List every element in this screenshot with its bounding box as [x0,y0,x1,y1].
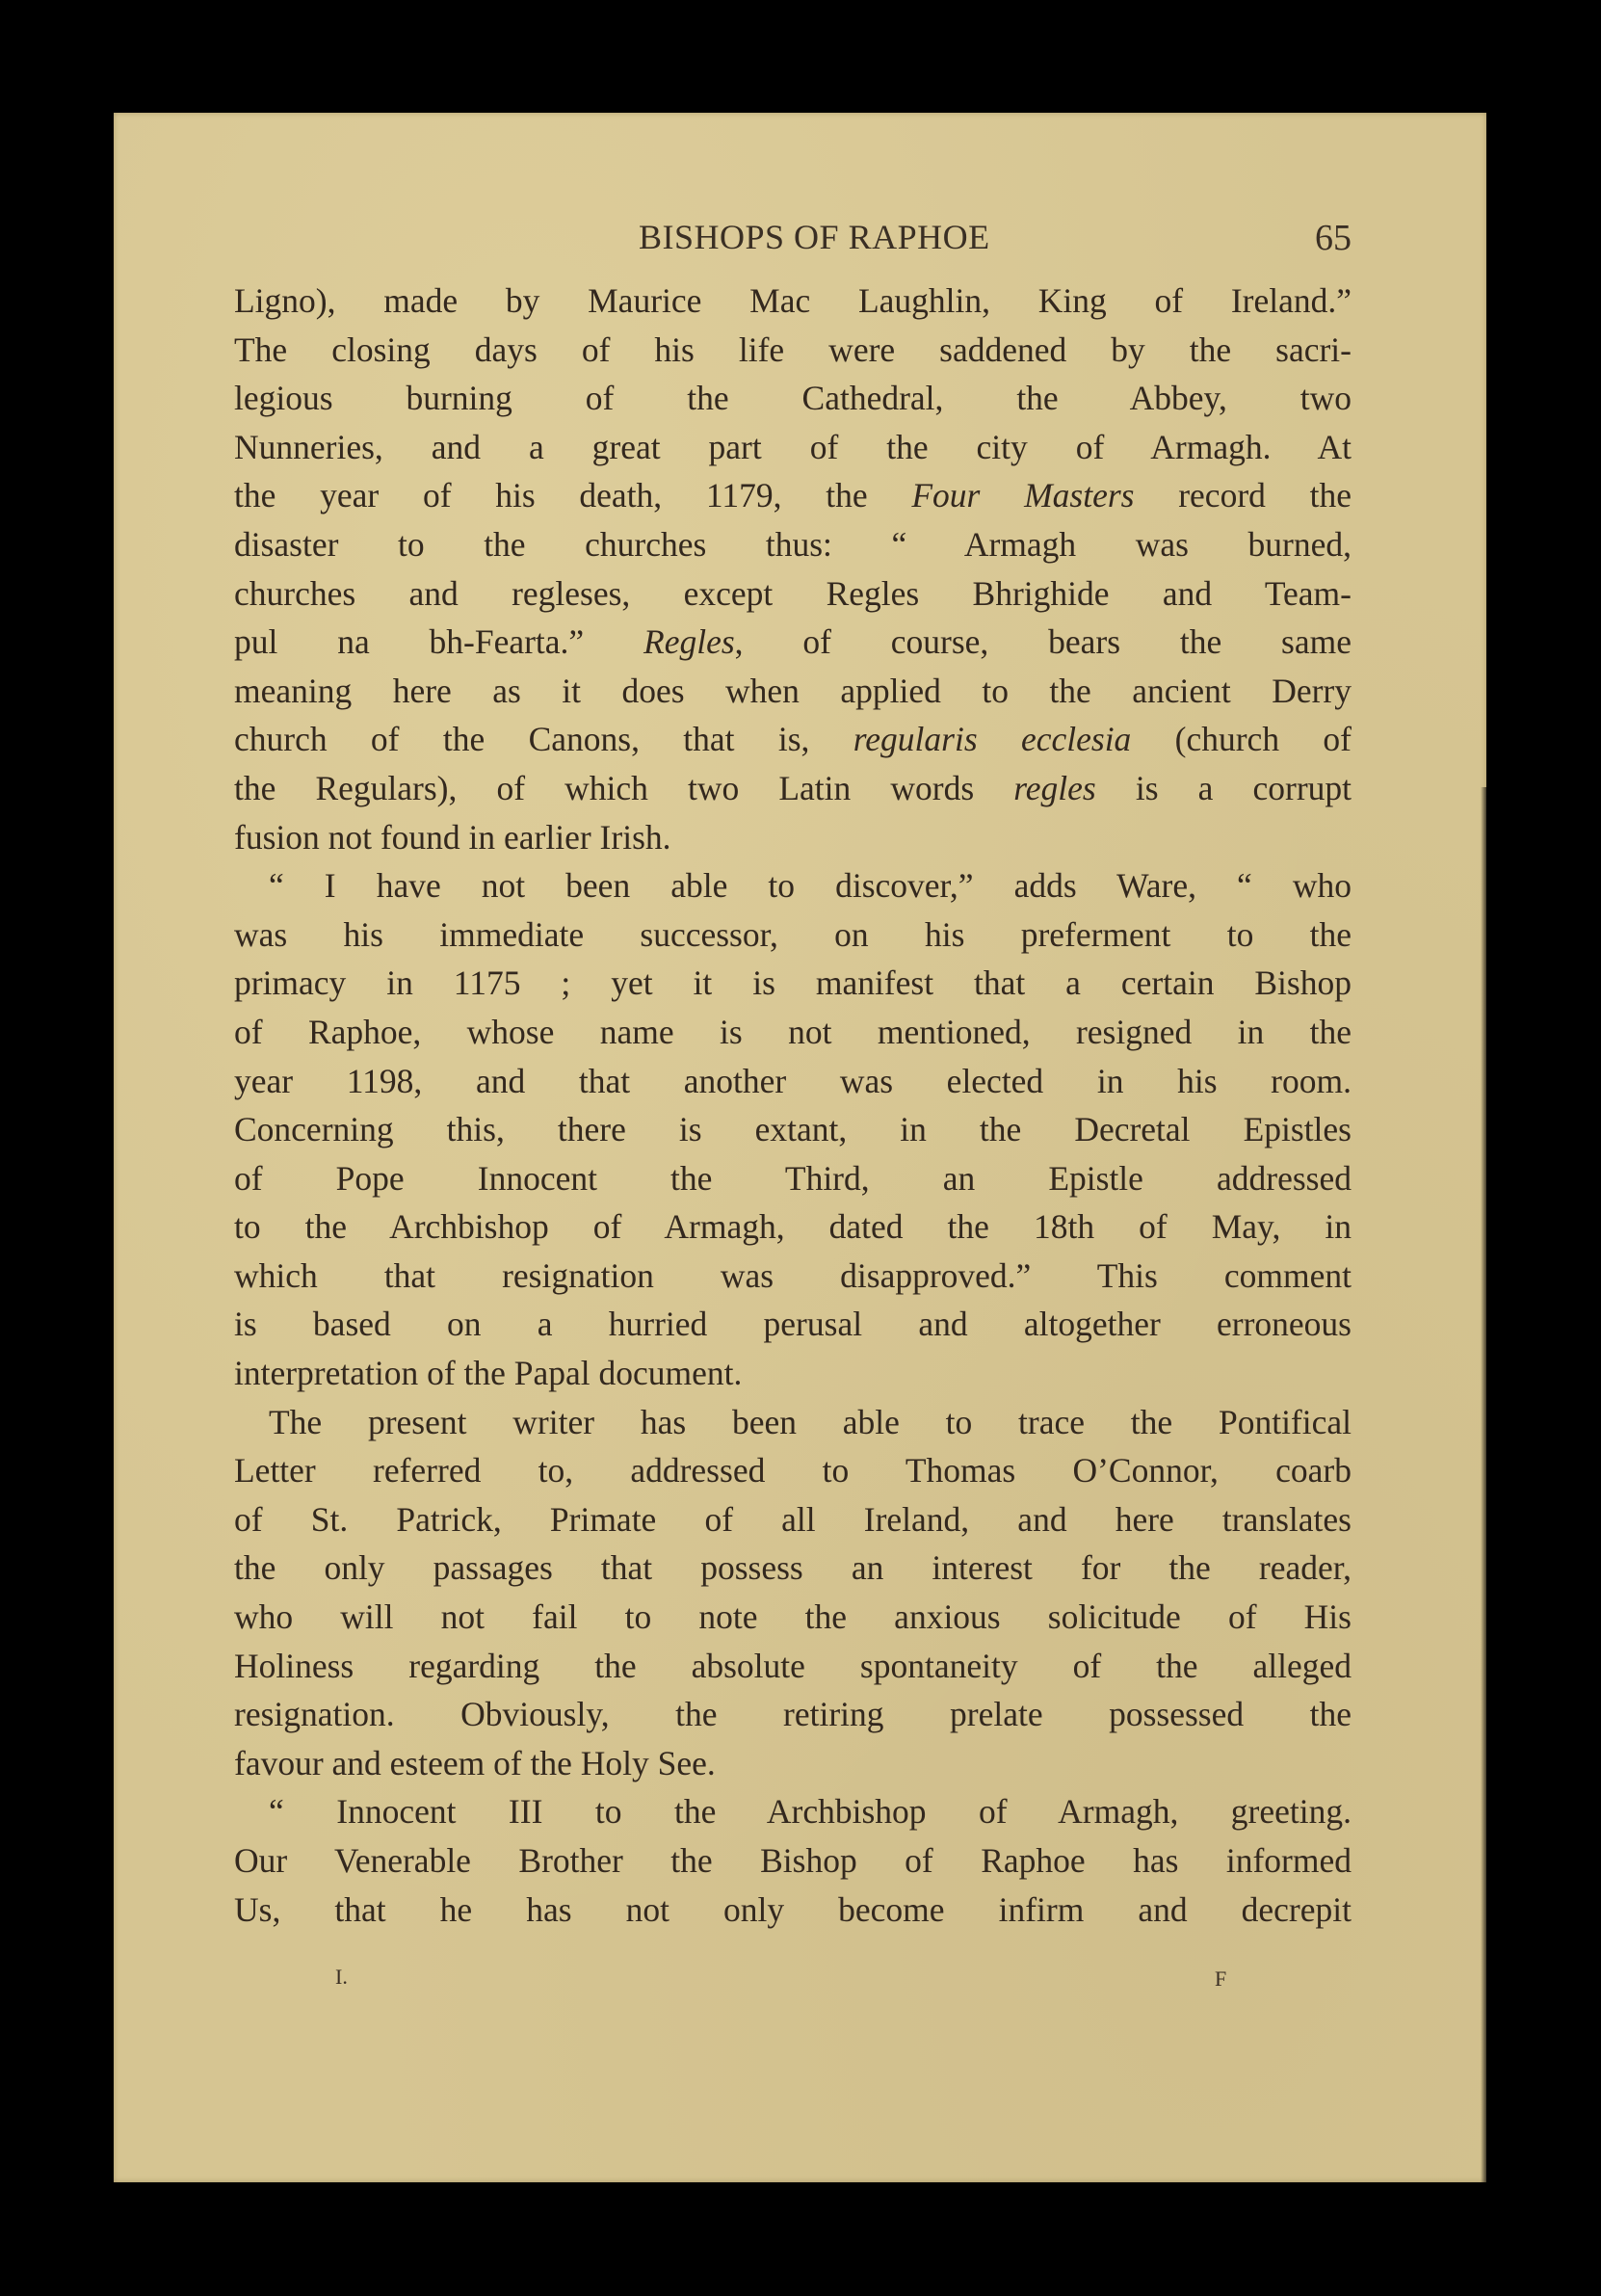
body-text: Ligno), made by Maurice Mac Laughlin, Ki… [234,277,1352,1934]
text-line: church of the Canons, that is, regularis… [234,715,1352,764]
text-line: “ Innocent III to the Archbishop of Arma… [234,1787,1352,1836]
text-line: legious burning of the Cathedral, the Ab… [234,374,1352,423]
italic-title: Four Masters [911,476,1134,515]
text-run: pul na bh-Fearta.” [234,622,643,661]
page-number: 65 [1315,217,1352,259]
text-line: year 1198, and that another was elected … [234,1057,1352,1106]
text-line: Holiness regarding the absolute spontane… [234,1642,1352,1691]
text-line: of Raphoe, whose name is not mentioned, … [234,1008,1352,1057]
italic-term: Regles [643,622,735,661]
text-line: Concerning this, there is extant, in the… [234,1105,1352,1154]
text-line: fusion not found in earlier Irish. [234,813,1352,862]
text-line: disaster to the churches thus: “ Armagh … [234,520,1352,569]
text-line: favour and esteem of the Holy See. [234,1739,1352,1788]
text-line: of St. Patrick, Primate of all Ireland, … [234,1495,1352,1544]
text-line: Nunneries, and a great part of the city … [234,423,1352,472]
text-line: Our Venerable Brother the Bishop of Raph… [234,1836,1352,1886]
text-line: is based on a hurried perusal and altoge… [234,1300,1352,1349]
text-run: (church of [1131,720,1352,758]
text-run: is a corrupt [1096,769,1352,807]
signature-right: F [1215,1966,1226,1992]
text-line: The closing days of his life were sadden… [234,326,1352,375]
signature-left: I. [335,1965,348,1990]
text-run: , of course, bears the same [735,622,1352,661]
text-line: the Regulars), of which two Latin words … [234,764,1352,813]
text-line: primacy in 1175 ; yet it is manifest tha… [234,959,1352,1008]
book-page: BISHOPS OF RAPHOE 65 Ligno), made by Mau… [114,113,1486,2182]
running-title: BISHOPS OF RAPHOE [639,217,990,257]
text-run: the year of his death, 1179, the [234,476,911,515]
text-line: pul na bh-Fearta.” Regles, of course, be… [234,618,1352,667]
text-line: was his immediate successor, on his pref… [234,910,1352,960]
text-line: of Pope Innocent the Third, an Epistle a… [234,1154,1352,1203]
text-line: churches and regleses, except Regles Bhr… [234,569,1352,619]
text-line: to the Archbishop of Armagh, dated the 1… [234,1202,1352,1252]
text-line: Letter referred to, addressed to Thomas … [234,1446,1352,1495]
text-run: church of the Canons, that is, [234,720,853,758]
text-line: “ I have not been able to discover,” add… [234,861,1352,910]
text-line: meaning here as it does when applied to … [234,667,1352,716]
page-header: BISHOPS OF RAPHOE 65 [234,217,1352,265]
text-line: interpretation of the Papal document. [234,1349,1352,1398]
text-run: the Regulars), of which two Latin words [234,769,1013,807]
text-line: the only passages that possess an intere… [234,1544,1352,1593]
text-line: Us, that he has not only become infirm a… [234,1886,1352,1935]
text-line: the year of his death, 1179, the Four Ma… [234,471,1352,520]
text-line: Ligno), made by Maurice Mac Laughlin, Ki… [234,277,1352,326]
italic-term: regles [1013,769,1095,807]
text-line: The present writer has been able to trac… [234,1398,1352,1447]
signature-marks: I. F [234,1965,1352,2003]
text-line: resignation. Obviously, the retiring pre… [234,1690,1352,1739]
text-line: which that resignation was disapproved.”… [234,1252,1352,1301]
italic-latin: regularis ecclesia [853,720,1132,758]
text-line: who will not fail to note the anxious so… [234,1593,1352,1642]
text-run: record the [1134,476,1352,515]
